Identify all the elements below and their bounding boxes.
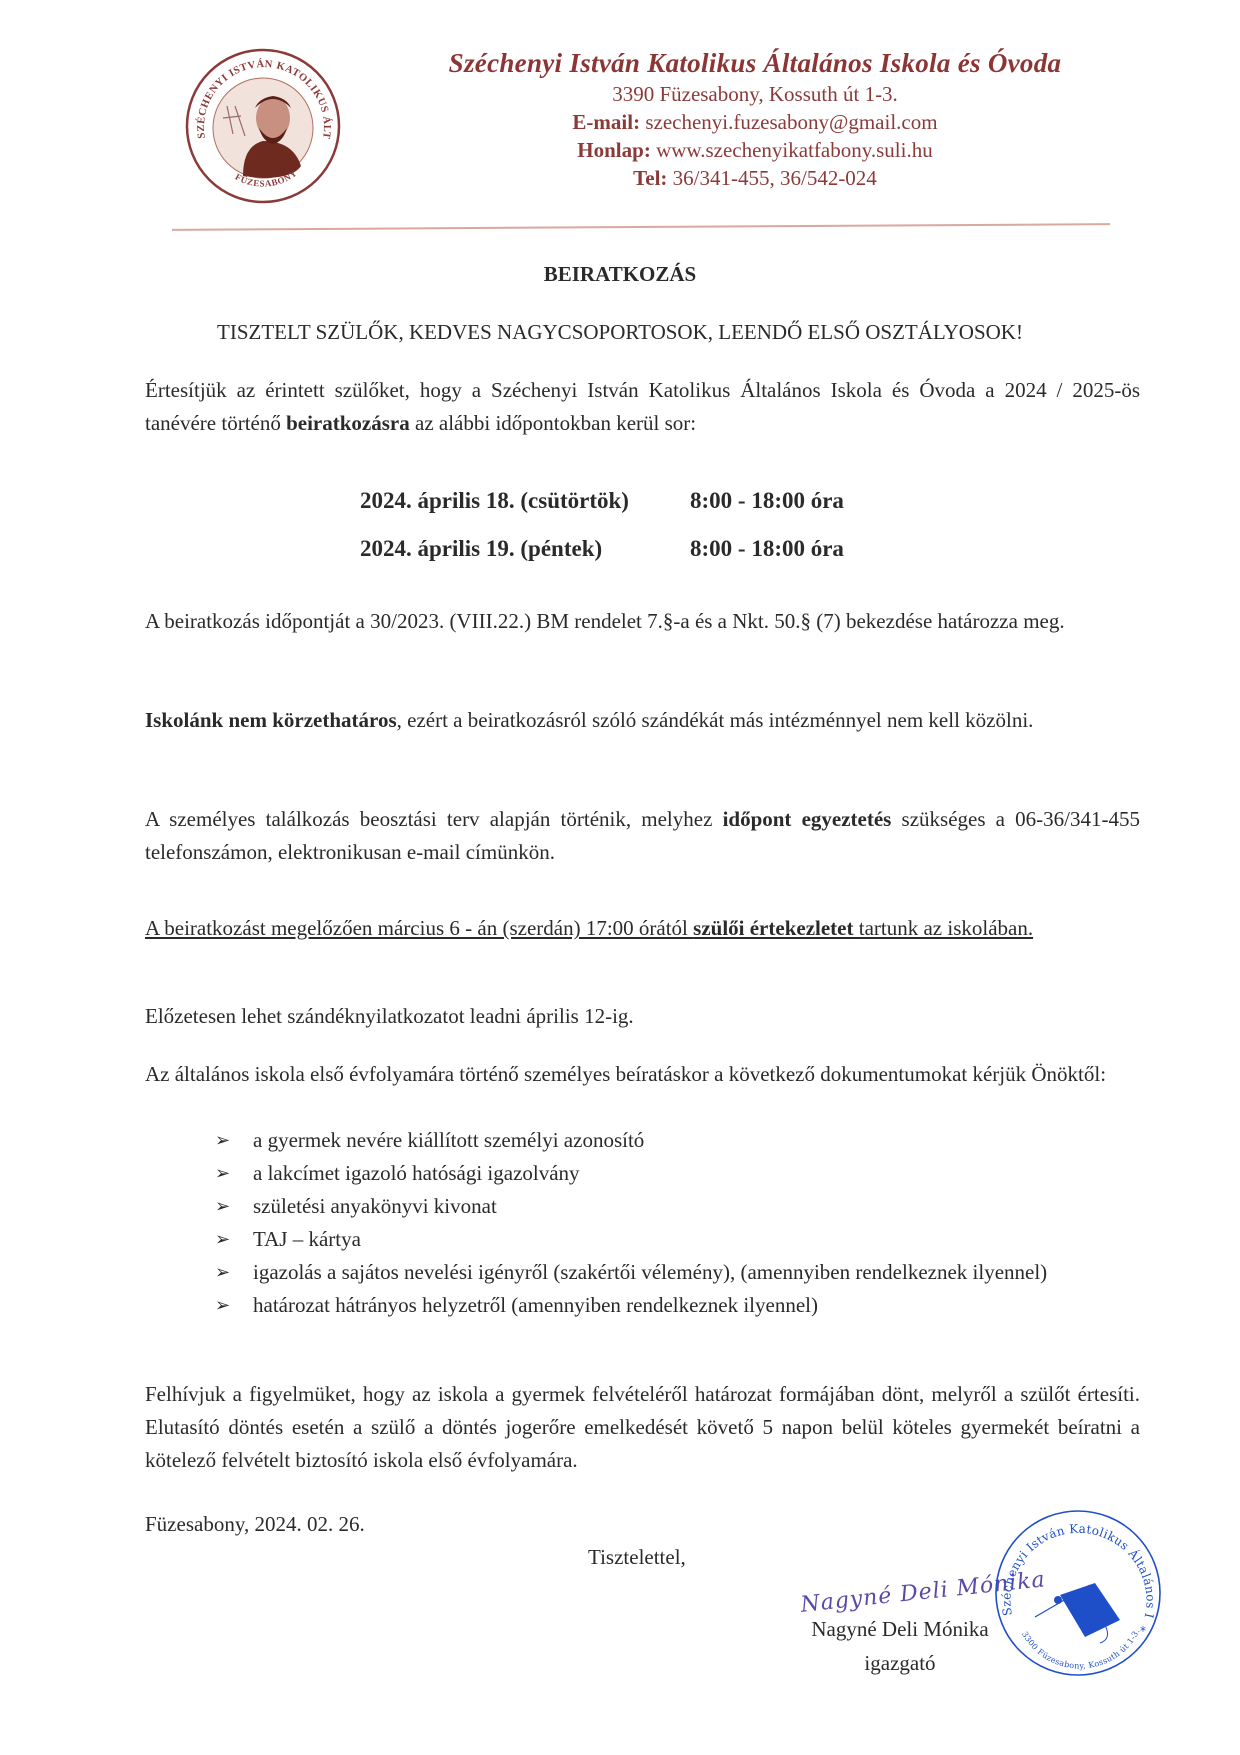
arrowhead-bullet-icon: ➢ <box>215 1124 230 1157</box>
notice-paragraph: Felhívjuk a figyelmüket, hogy az iskola … <box>145 1378 1140 1477</box>
arrowhead-bullet-icon: ➢ <box>215 1190 230 1223</box>
district-text: , ezért a beiratkozásról szóló szándékát… <box>397 708 1034 732</box>
website-label: Honlap: <box>577 138 651 162</box>
date-day: 2024. április 18. (csütörtök) <box>360 477 690 525</box>
district-bold: Iskolánk nem körzethatáros <box>145 708 397 732</box>
district-paragraph: Iskolánk nem körzethatáros, ezért a beir… <box>145 704 1140 737</box>
email-label: E-mail: <box>572 110 640 134</box>
arrowhead-bullet-icon: ➢ <box>215 1157 230 1190</box>
email-value: szechenyi.fuzesabony@gmail.com <box>645 110 937 134</box>
date-row: 2024. április 18. (csütörtök) 8:00 - 18:… <box>360 477 844 525</box>
phone-label: Tel: <box>633 166 667 190</box>
svg-text:*: * <box>1140 1624 1146 1638</box>
appointment-text: A személyes találkozás beosztási terv al… <box>145 807 723 831</box>
meeting-text-end: tartunk az iskolában. <box>853 916 1033 940</box>
arrowhead-bullet-icon: ➢ <box>215 1289 230 1322</box>
letterhead: Széchenyi István Katolikus Általános Isk… <box>370 46 1140 192</box>
parent-meeting-paragraph: A beiratkozást megelőzően március 6 - án… <box>145 912 1140 945</box>
signer-name: Nagyné Deli Mónika <box>780 1612 1020 1646</box>
list-item: ➢határozat hátrányos helyzetről (amennyi… <box>215 1289 1140 1322</box>
documents-list: ➢a gyermek nevére kiállított személyi az… <box>215 1124 1140 1322</box>
school-email: E-mail: szechenyi.fuzesabony@gmail.com <box>370 108 1140 136</box>
date-row: 2024. április 19. (péntek) 8:00 - 18:00 … <box>360 525 844 573</box>
signer-title: igazgató <box>780 1646 1020 1680</box>
signer-block: Nagyné Deli Mónika igazgató <box>780 1612 1020 1680</box>
declaration-paragraph: Előzetesen lehet szándéknyilatkozatot le… <box>145 1000 1140 1033</box>
meeting-text: A beiratkozást megelőzően március 6 - án… <box>145 916 693 940</box>
header-divider <box>172 223 1110 231</box>
meeting-bold: szülői értekezletet <box>693 916 853 940</box>
date-time: 8:00 - 18:00 óra <box>690 477 844 525</box>
appointment-paragraph: A személyes találkozás beosztási terv al… <box>145 803 1140 869</box>
place-date: Füzesabony, 2024. 02. 26. <box>145 1512 365 1537</box>
school-phone: Tel: 36/341-455, 36/542-024 <box>370 164 1140 192</box>
document-title: BEIRATKOZÁS <box>0 262 1240 287</box>
intro-paragraph: Értesítjük az érintett szülőket, hogy a … <box>145 374 1140 440</box>
intro-bold: beiratkozásra <box>286 411 410 435</box>
list-item: ➢igazolás a sajátos nevelési igényről (s… <box>215 1256 1140 1289</box>
documents-intro: Az általános iskola első évfolyamára tör… <box>145 1058 1140 1091</box>
phone-value: 36/341-455, 36/542-024 <box>673 166 877 190</box>
list-item: ➢TAJ – kártya <box>215 1223 1140 1256</box>
list-item: ➢a gyermek nevére kiállított személyi az… <box>215 1124 1140 1157</box>
enrollment-dates: 2024. április 18. (csütörtök) 8:00 - 18:… <box>360 477 844 573</box>
greeting: TISZTELT SZÜLŐK, KEDVES NAGYCSOPORTOSOK,… <box>0 320 1240 345</box>
school-website: Honlap: www.szechenyikatfabony.suli.hu <box>370 136 1140 164</box>
intro-text-end: az alábbi időpontokban kerül sor: <box>410 411 696 435</box>
school-address: 3390 Füzesabony, Kossuth út 1-3. <box>370 80 1140 108</box>
school-stamp-book-icon: Széchenyi István Katolikus Általános Isk… <box>990 1505 1165 1680</box>
date-day: 2024. április 19. (péntek) <box>360 525 690 573</box>
appointment-bold: időpont egyeztetés <box>723 807 892 831</box>
school-seal-portrait-icon: SZÉCHENYI ISTVÁN KATOLIKUS ÁLTALÁNOS ISK… <box>183 46 343 206</box>
legal-paragraph: A beiratkozás időpontját a 30/2023. (VII… <box>145 605 1140 638</box>
school-name: Széchenyi István Katolikus Általános Isk… <box>370 46 1140 80</box>
regards: Tisztelettel, <box>588 1545 686 1570</box>
arrowhead-bullet-icon: ➢ <box>215 1256 230 1289</box>
list-item: ➢születési anyakönyvi kivonat <box>215 1190 1140 1223</box>
arrowhead-bullet-icon: ➢ <box>215 1223 230 1256</box>
website-value: www.szechenyikatfabony.suli.hu <box>656 138 933 162</box>
document-page: SZÉCHENYI ISTVÁN KATOLIKUS ÁLTALÁNOS ISK… <box>0 0 1240 1755</box>
date-time: 8:00 - 18:00 óra <box>690 525 844 573</box>
list-item: ➢a lakcímet igazoló hatósági igazolvány <box>215 1157 1140 1190</box>
